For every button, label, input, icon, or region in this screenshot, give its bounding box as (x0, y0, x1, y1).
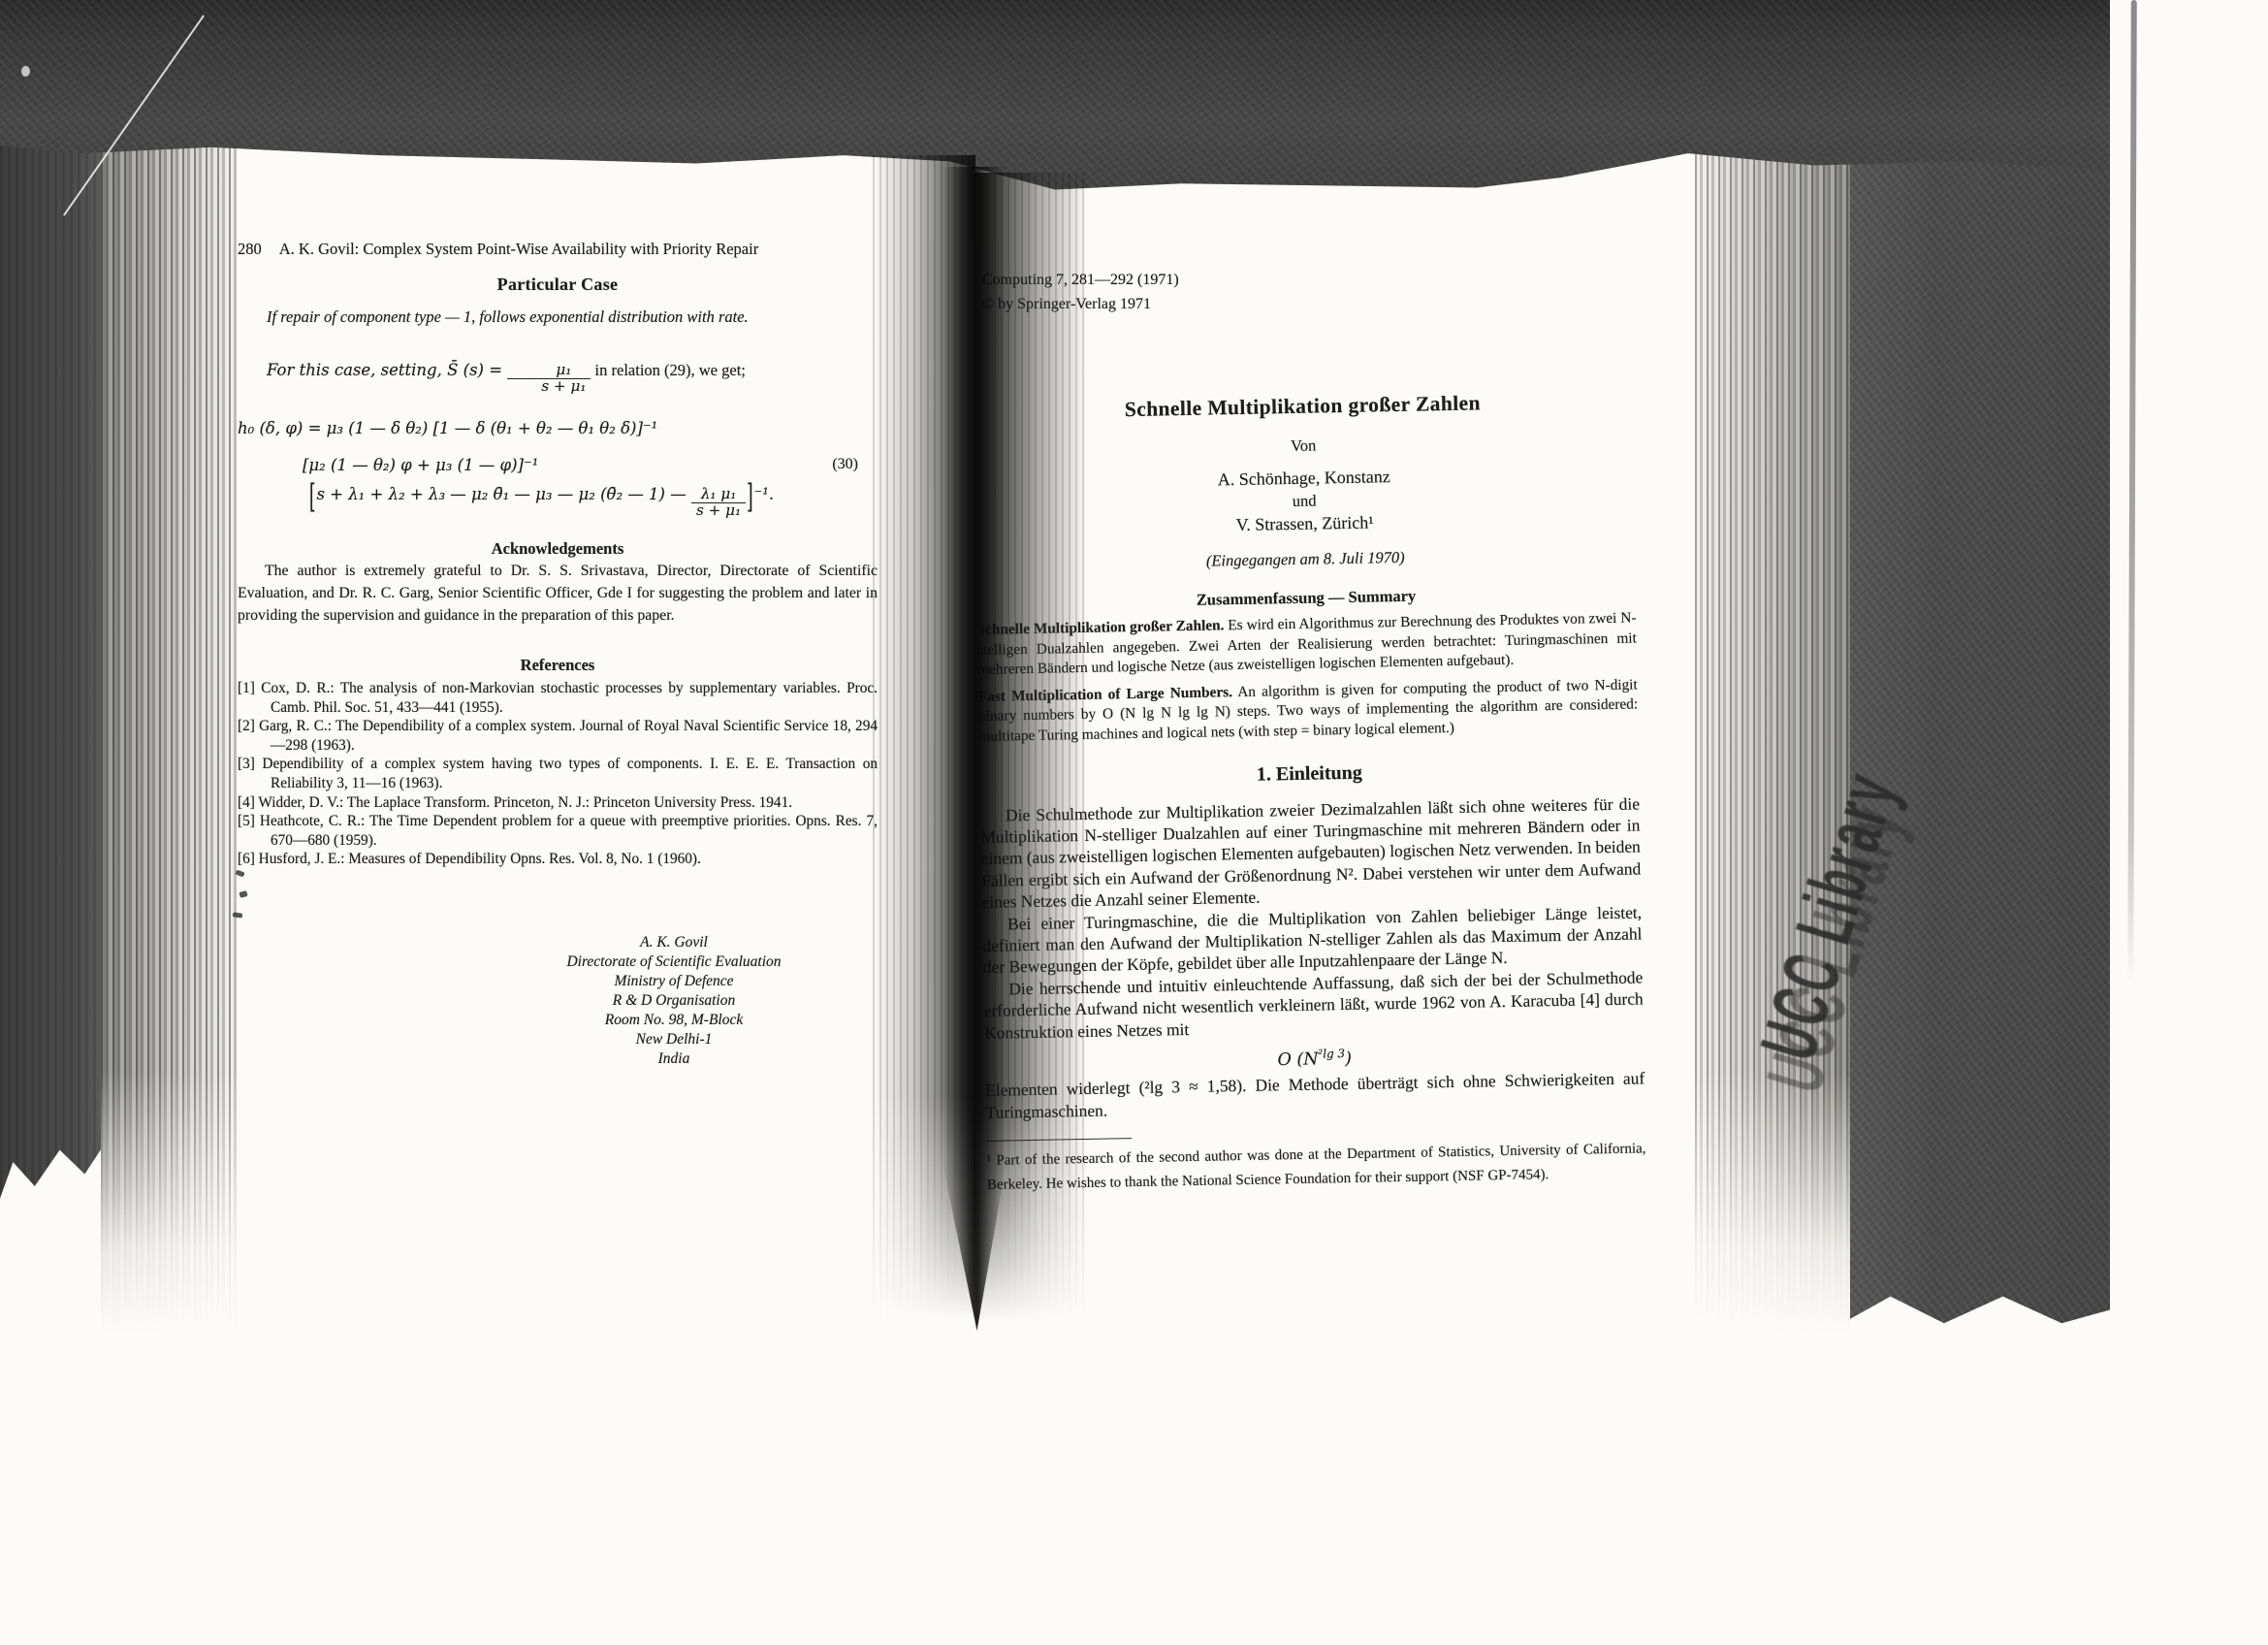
reference-item: [5] Heathcote, C. R.: The Time Dependent… (238, 812, 878, 850)
scanner-background-left (0, 0, 109, 1210)
big-bracket-open: [ (308, 477, 316, 515)
paper-edge-shadow (2127, 0, 2137, 984)
equation-post: ) (1345, 1049, 1352, 1069)
book-spine-shadow (943, 167, 1006, 1331)
equation-exponent: ²lg 3 (1318, 1047, 1345, 1061)
scanned-book-spread: 280A. K. Govil: Complex System Point-Wis… (0, 0, 2268, 1645)
setting-line: For this case, setting, S̄ (s) = μ₁s + μ… (238, 361, 878, 395)
equation-line3-body: s + λ₁ + λ₂ + λ₃ — μ₂ θ̄₁ — μ₃ — μ₂ (θ̄₂… (316, 485, 691, 503)
signature-line: New Delhi-1 (461, 1030, 887, 1049)
section-title-particular-case: Particular Case (238, 274, 878, 295)
signature-line: Ministry of Defence (461, 972, 887, 991)
reference-item: [3] Dependibility of a complex system ha… (238, 755, 878, 792)
reference-item: [2] Garg, R. C.: The Dependibility of a … (238, 717, 878, 755)
left-page-number: 280 (238, 240, 262, 258)
references-list: [1] Cox, D. R.: The analysis of non-Mark… (238, 679, 878, 869)
acknowledgements-paragraph: The author is extremely grateful to Dr. … (238, 560, 878, 627)
reference-item: [6] Husford, J. E.: Measures of Dependib… (238, 850, 878, 869)
signature-line: A. K. Govil (461, 933, 887, 952)
equation-30-line3: [s + λ₁ + λ₂ + λ₃ — μ₂ θ̄₁ — μ₃ — μ₂ (θ̄… (308, 485, 910, 519)
reference-item: [4] Widder, D. V.: The Laplace Transform… (238, 793, 878, 813)
signature-line: India (461, 1049, 887, 1069)
signature-line: Directorate of Scientific Evaluation (461, 952, 887, 972)
ink-speck (239, 890, 247, 898)
equation-pre: O (N (1277, 1049, 1318, 1070)
acknowledgements-heading: Acknowledgements (238, 539, 878, 559)
author-address-block: A. K. Govil Directorate of Scientific Ev… (461, 933, 887, 1069)
references-heading: References (238, 656, 878, 675)
white-speck (21, 66, 30, 77)
signature-line: R & D Organisation (461, 991, 887, 1011)
equation-30-line1: h₀ (δ, φ) = μ₃ (1 — δ θ₂) [1 — δ (θ₁ + θ… (238, 419, 878, 437)
equation-number: (30) (238, 456, 858, 473)
big-bracket-close: ] (746, 477, 753, 515)
reference-item: [1] Cox, D. R.: The analysis of non-Mark… (238, 679, 878, 717)
intro-paragraph: If repair of component type — 1, follows… (238, 306, 878, 329)
signature-line: Room No. 98, M-Block (461, 1011, 887, 1030)
page-fore-edge-left (101, 142, 237, 1333)
inline-fraction: μ₁s + μ₁ (507, 363, 591, 395)
page-fore-edge-right (1695, 145, 1850, 1333)
scanner-background-right (1842, 0, 2110, 1337)
setting-post: in relation (29), we get; (591, 361, 745, 379)
left-page-running-header: 280A. K. Govil: Complex System Point-Wis… (238, 240, 878, 259)
inline-fraction: λ₁ μ₁s + μ₁ (691, 487, 746, 519)
left-running-title: A. K. Govil: Complex System Point-Wise A… (279, 240, 758, 258)
setting-pre: For this case, setting, S̄ (s) = (267, 361, 507, 379)
equation-line3-exponent: ⁻¹. (754, 485, 775, 503)
